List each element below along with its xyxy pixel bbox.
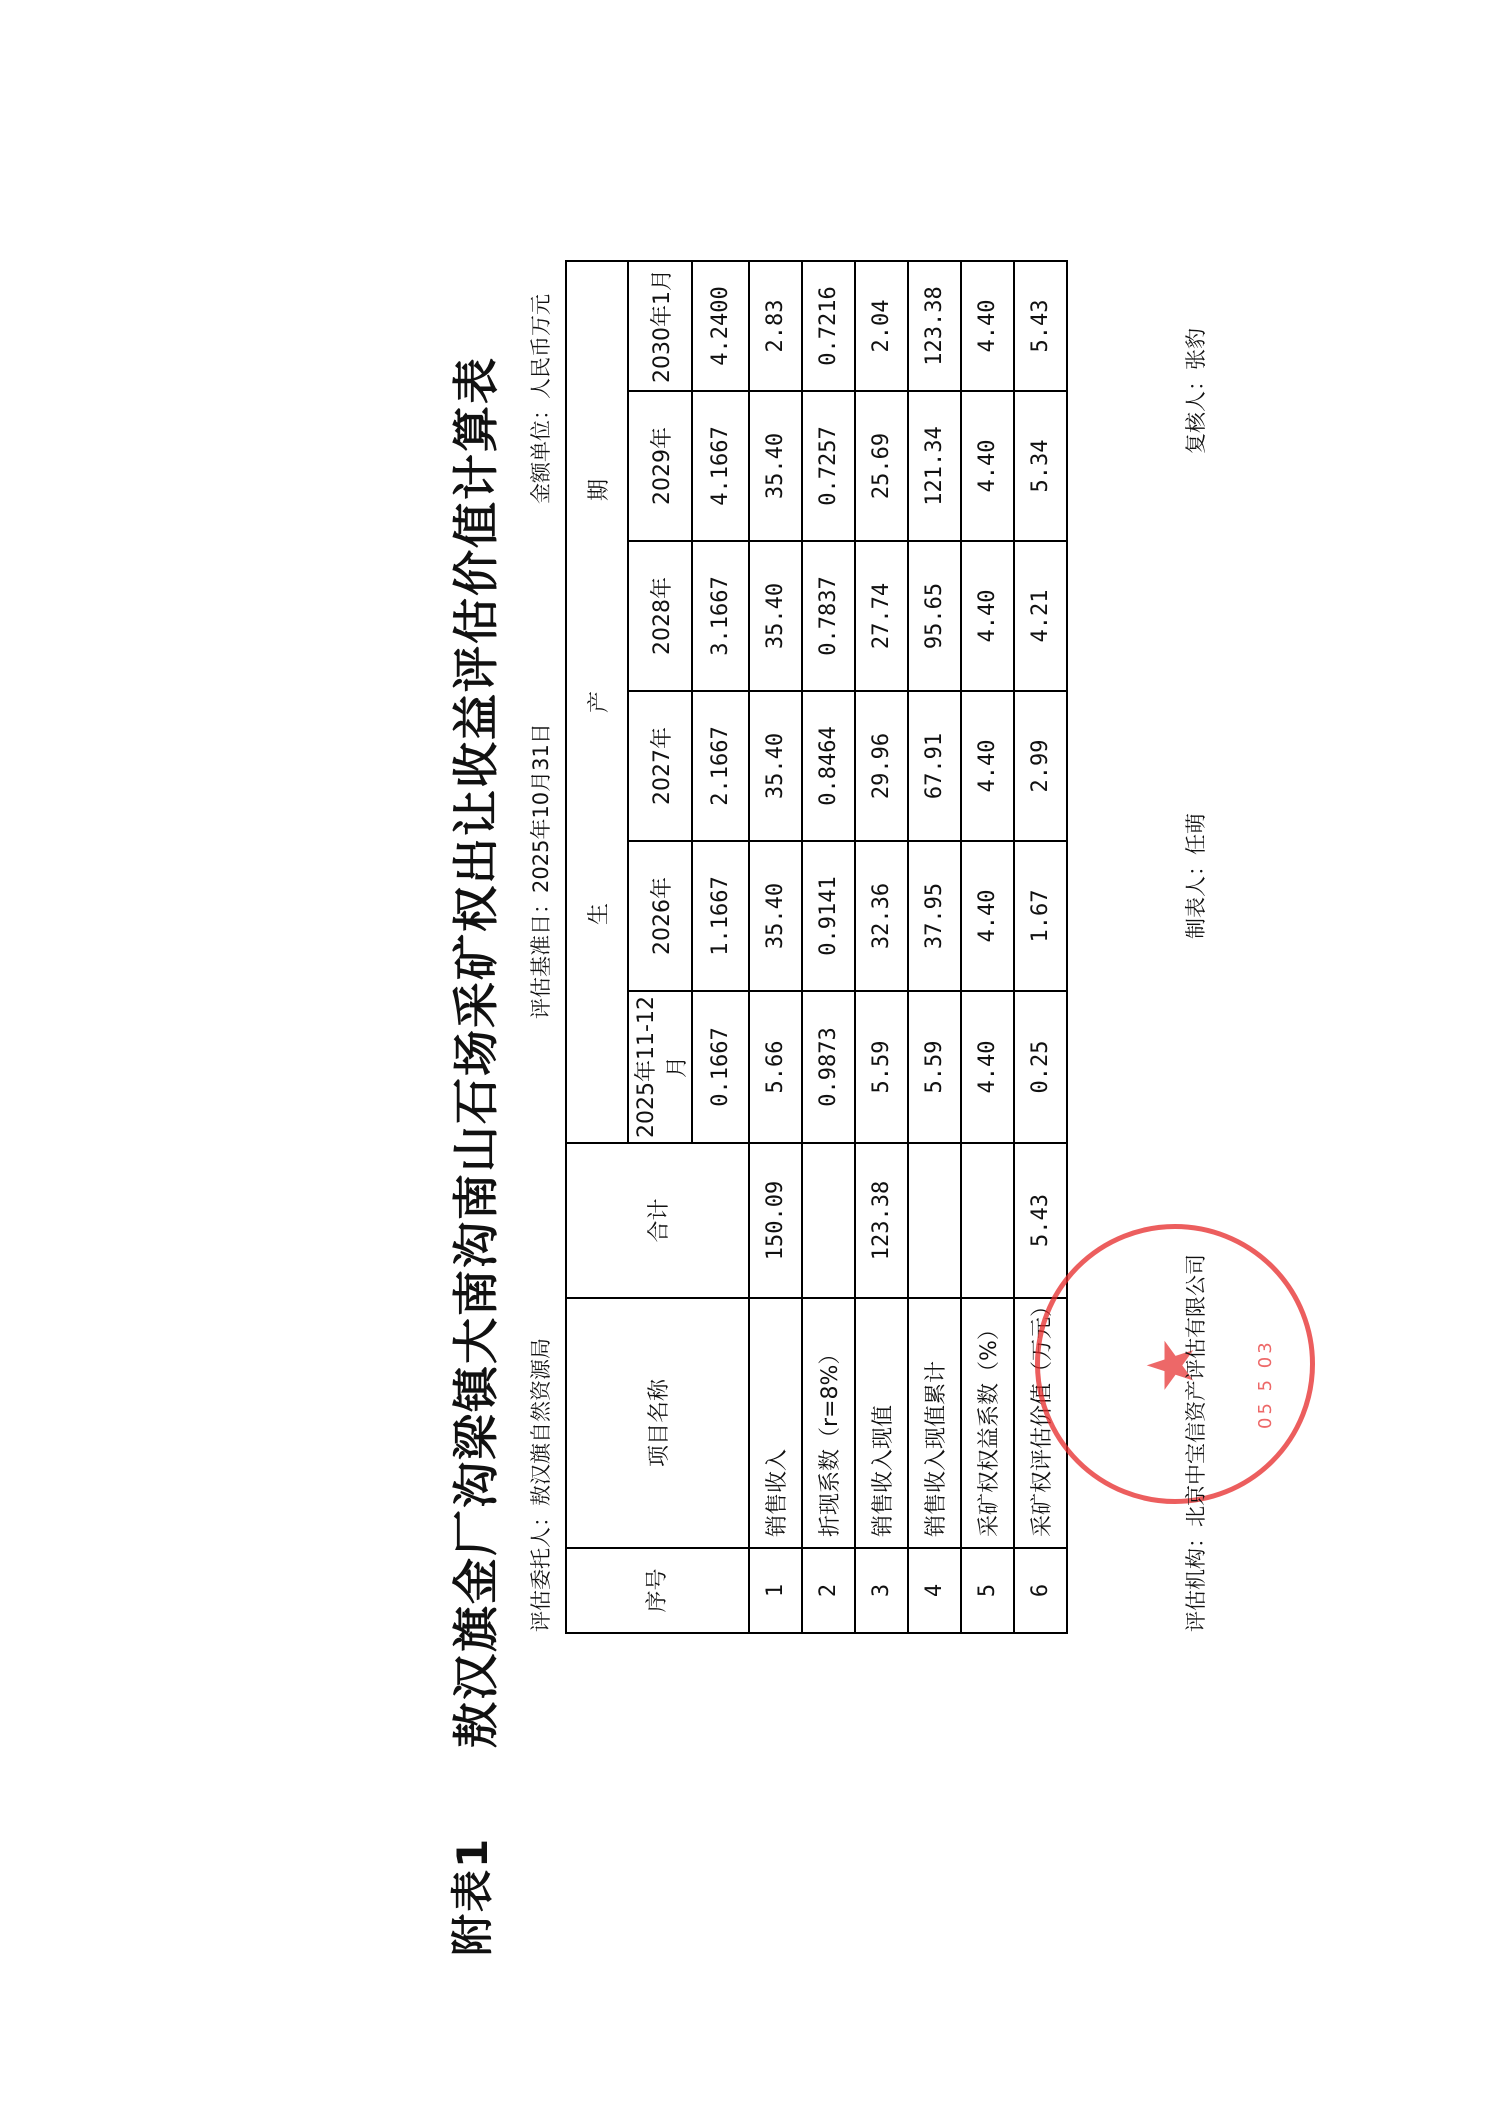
table-row: 6采矿权评估价值（万元）5.430.251.672.994.215.345.43 [1014, 261, 1067, 1633]
table-row: 5采矿权权益系数（%）4.404.404.404.404.404.40 [961, 261, 1014, 1633]
row-value: 0.9141 [802, 841, 855, 991]
row-value: 4.40 [961, 841, 1014, 991]
valuation-table: 序号 项目名称 合计 生产期 2025年11-12月2026年2027年2028… [565, 260, 1068, 1634]
row-value: 25.69 [855, 391, 908, 541]
document-page: 附表1 敖汉旗金厂沟梁镇大南沟南山石场采矿权出让收益评估价值计算表 评估委托人：… [0, 0, 1488, 2104]
production-year-value: 4.1667 [692, 391, 749, 541]
document-title: 敖汉旗金厂沟梁镇大南沟南山石场采矿权出让收益评估价值计算表 [440, 0, 506, 2104]
row-value: 29.96 [855, 691, 908, 841]
reviewer-label: 复核人：张豹 [1180, 328, 1210, 454]
header-period: 2030年1月 [628, 261, 692, 391]
row-value: 0.7257 [802, 391, 855, 541]
row-value: 0.8464 [802, 691, 855, 841]
production-year-value: 2.1667 [692, 691, 749, 841]
row-name: 采矿权权益系数（%） [961, 1298, 1014, 1548]
row-value: 5.43 [1014, 261, 1067, 391]
base-date-label: 评估基准日：2025年10月31日 [525, 723, 555, 1019]
row-value: 32.36 [855, 841, 908, 991]
production-year-value: 0.1667 [692, 991, 749, 1143]
row-value: 2.83 [749, 261, 802, 391]
production-year-value: 3.1667 [692, 541, 749, 691]
row-value: 35.40 [749, 541, 802, 691]
row-value: 4.40 [961, 691, 1014, 841]
row-value: 4.40 [961, 261, 1014, 391]
header-total: 合计 [566, 1143, 749, 1298]
seal-code: 05 5 03 [1255, 1339, 1276, 1429]
client-label: 评估委托人：敖汉旗自然资源局 [525, 1338, 555, 1632]
row-value: 0.7216 [802, 261, 855, 391]
row-value: 5.66 [749, 991, 802, 1143]
row-value: 4.40 [961, 991, 1014, 1143]
row-total: 123.38 [855, 1143, 908, 1298]
row-value: 123.38 [908, 261, 961, 391]
table-row: 1销售收入150.095.6635.4035.4035.4035.402.83 [749, 261, 802, 1633]
row-value: 4.21 [1014, 541, 1067, 691]
row-total: 150.09 [749, 1143, 802, 1298]
row-seq: 6 [1014, 1548, 1067, 1633]
row-seq: 5 [961, 1548, 1014, 1633]
table-row: 2折现系数（r=8%）0.98730.91410.84640.78370.725… [802, 261, 855, 1633]
row-name: 销售收入 [749, 1298, 802, 1548]
preparer-label: 制表人：任萌 [1180, 813, 1210, 939]
row-name: 采矿权评估价值（万元） [1014, 1298, 1067, 1548]
header-name: 项目名称 [566, 1298, 749, 1548]
row-value: 35.40 [749, 841, 802, 991]
row-name: 销售收入现值累计 [908, 1298, 961, 1548]
header-production-period: 生产期 [566, 261, 628, 1143]
row-name: 折现系数（r=8%） [802, 1298, 855, 1548]
row-value: 67.91 [908, 691, 961, 841]
row-seq: 2 [802, 1548, 855, 1633]
row-total [961, 1143, 1014, 1298]
row-total: 5.43 [1014, 1143, 1067, 1298]
row-name: 销售收入现值 [855, 1298, 908, 1548]
company-seal: ★ 05 5 03 [1035, 1224, 1315, 1504]
row-value: 4.40 [961, 391, 1014, 541]
header-period: 2027年 [628, 691, 692, 841]
table-row: 4销售收入现值累计5.5937.9567.9195.65121.34123.38 [908, 261, 961, 1633]
production-year-value: 1.1667 [692, 841, 749, 991]
row-seq: 1 [749, 1548, 802, 1633]
row-value: 121.34 [908, 391, 961, 541]
row-value: 5.59 [908, 991, 961, 1143]
row-value: 0.25 [1014, 991, 1067, 1143]
header-period: 2028年 [628, 541, 692, 691]
row-total [908, 1143, 961, 1298]
row-value: 5.59 [855, 991, 908, 1143]
row-value: 4.40 [961, 541, 1014, 691]
row-value: 2.99 [1014, 691, 1067, 841]
row-value: 0.9873 [802, 991, 855, 1143]
row-value: 0.7837 [802, 541, 855, 691]
table-row: 3销售收入现值123.385.5932.3629.9627.7425.692.0… [855, 261, 908, 1633]
row-value: 35.40 [749, 391, 802, 541]
row-total [802, 1143, 855, 1298]
row-seq: 4 [908, 1548, 961, 1633]
row-value: 27.74 [855, 541, 908, 691]
institution-label: 评估机构：北京中宝信资产评估有限公司 [1180, 1254, 1210, 1632]
header-period: 2026年 [628, 841, 692, 991]
header-period: 2025年11-12月 [628, 991, 692, 1143]
production-year-value: 4.2400 [692, 261, 749, 391]
row-value: 95.65 [908, 541, 961, 691]
currency-unit-label: 金额单位：人民币万元 [525, 294, 555, 504]
row-value: 1.67 [1014, 841, 1067, 991]
row-value: 37.95 [908, 841, 961, 991]
header-seq: 序号 [566, 1548, 749, 1633]
row-value: 2.04 [855, 261, 908, 391]
row-value: 35.40 [749, 691, 802, 841]
row-seq: 3 [855, 1548, 908, 1633]
header-period: 2029年 [628, 391, 692, 541]
row-value: 5.34 [1014, 391, 1067, 541]
